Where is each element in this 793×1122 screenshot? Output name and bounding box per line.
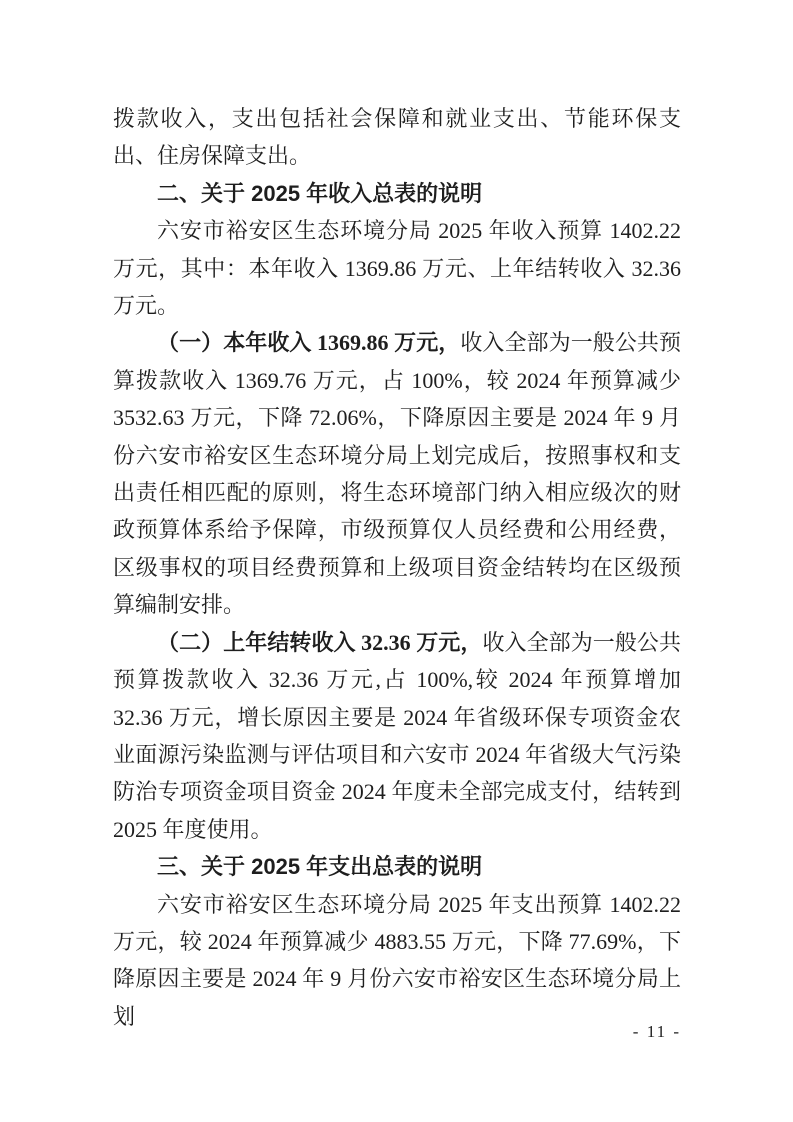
section-heading-income-summary: 二、关于 2025 年收入总表的说明 <box>113 175 681 212</box>
document-body: 拨款收入，支出包括社会保障和就业支出、节能环保支出、住房保障支出。 二、关于 2… <box>113 100 681 1035</box>
heading-text: 三、关于 2025 年支出总表的说明 <box>157 854 482 879</box>
paragraph-current-year-income: （一）本年收入 1369.86 万元，收入全部为一般公共预算拨款收入 1369.… <box>113 324 681 623</box>
paragraph-income-overview: 六安市裕安区生态环境分局 2025 年收入预算 1402.22 万元，其中：本年… <box>113 212 681 324</box>
document-page: 拨款收入，支出包括社会保障和就业支出、节能环保支出、住房保障支出。 二、关于 2… <box>0 0 793 1122</box>
section-heading-expenditure-summary: 三、关于 2025 年支出总表的说明 <box>113 848 681 885</box>
paragraph-lead-bold: （二）上年结转收入 32.36 万元， <box>157 630 482 655</box>
paragraph-text: 收入全部为一般公共预算拨款收入 1369.76 万元，占 100%，较 2024… <box>113 330 681 617</box>
paragraph-expenditure-overview: 六安市裕安区生态环境分局 2025 年支出预算 1402.22 万元，较 202… <box>113 886 681 1036</box>
page-number: - 11 - <box>633 1020 681 1044</box>
heading-text: 二、关于 2025 年收入总表的说明 <box>157 181 482 206</box>
paragraph-text: 收入全部为一般公共预算拨款收入 32.36 万元,占 100%,较 2024 年… <box>113 630 681 842</box>
paragraph-lead-bold: （一）本年收入 1369.86 万元， <box>157 330 460 355</box>
paragraph-text: 六安市裕安区生态环境分局 2025 年收入预算 1402.22 万元，其中：本年… <box>113 218 681 318</box>
paragraph-text: 拨款收入，支出包括社会保障和就业支出、节能环保支出、住房保障支出。 <box>113 106 681 168</box>
paragraph-continuation: 拨款收入，支出包括社会保障和就业支出、节能环保支出、住房保障支出。 <box>113 100 681 175</box>
paragraph-text: 六安市裕安区生态环境分局 2025 年支出预算 1402.22 万元，较 202… <box>113 892 681 1029</box>
paragraph-carryover-income: （二）上年结转收入 32.36 万元，收入全部为一般公共预算拨款收入 32.36… <box>113 624 681 848</box>
